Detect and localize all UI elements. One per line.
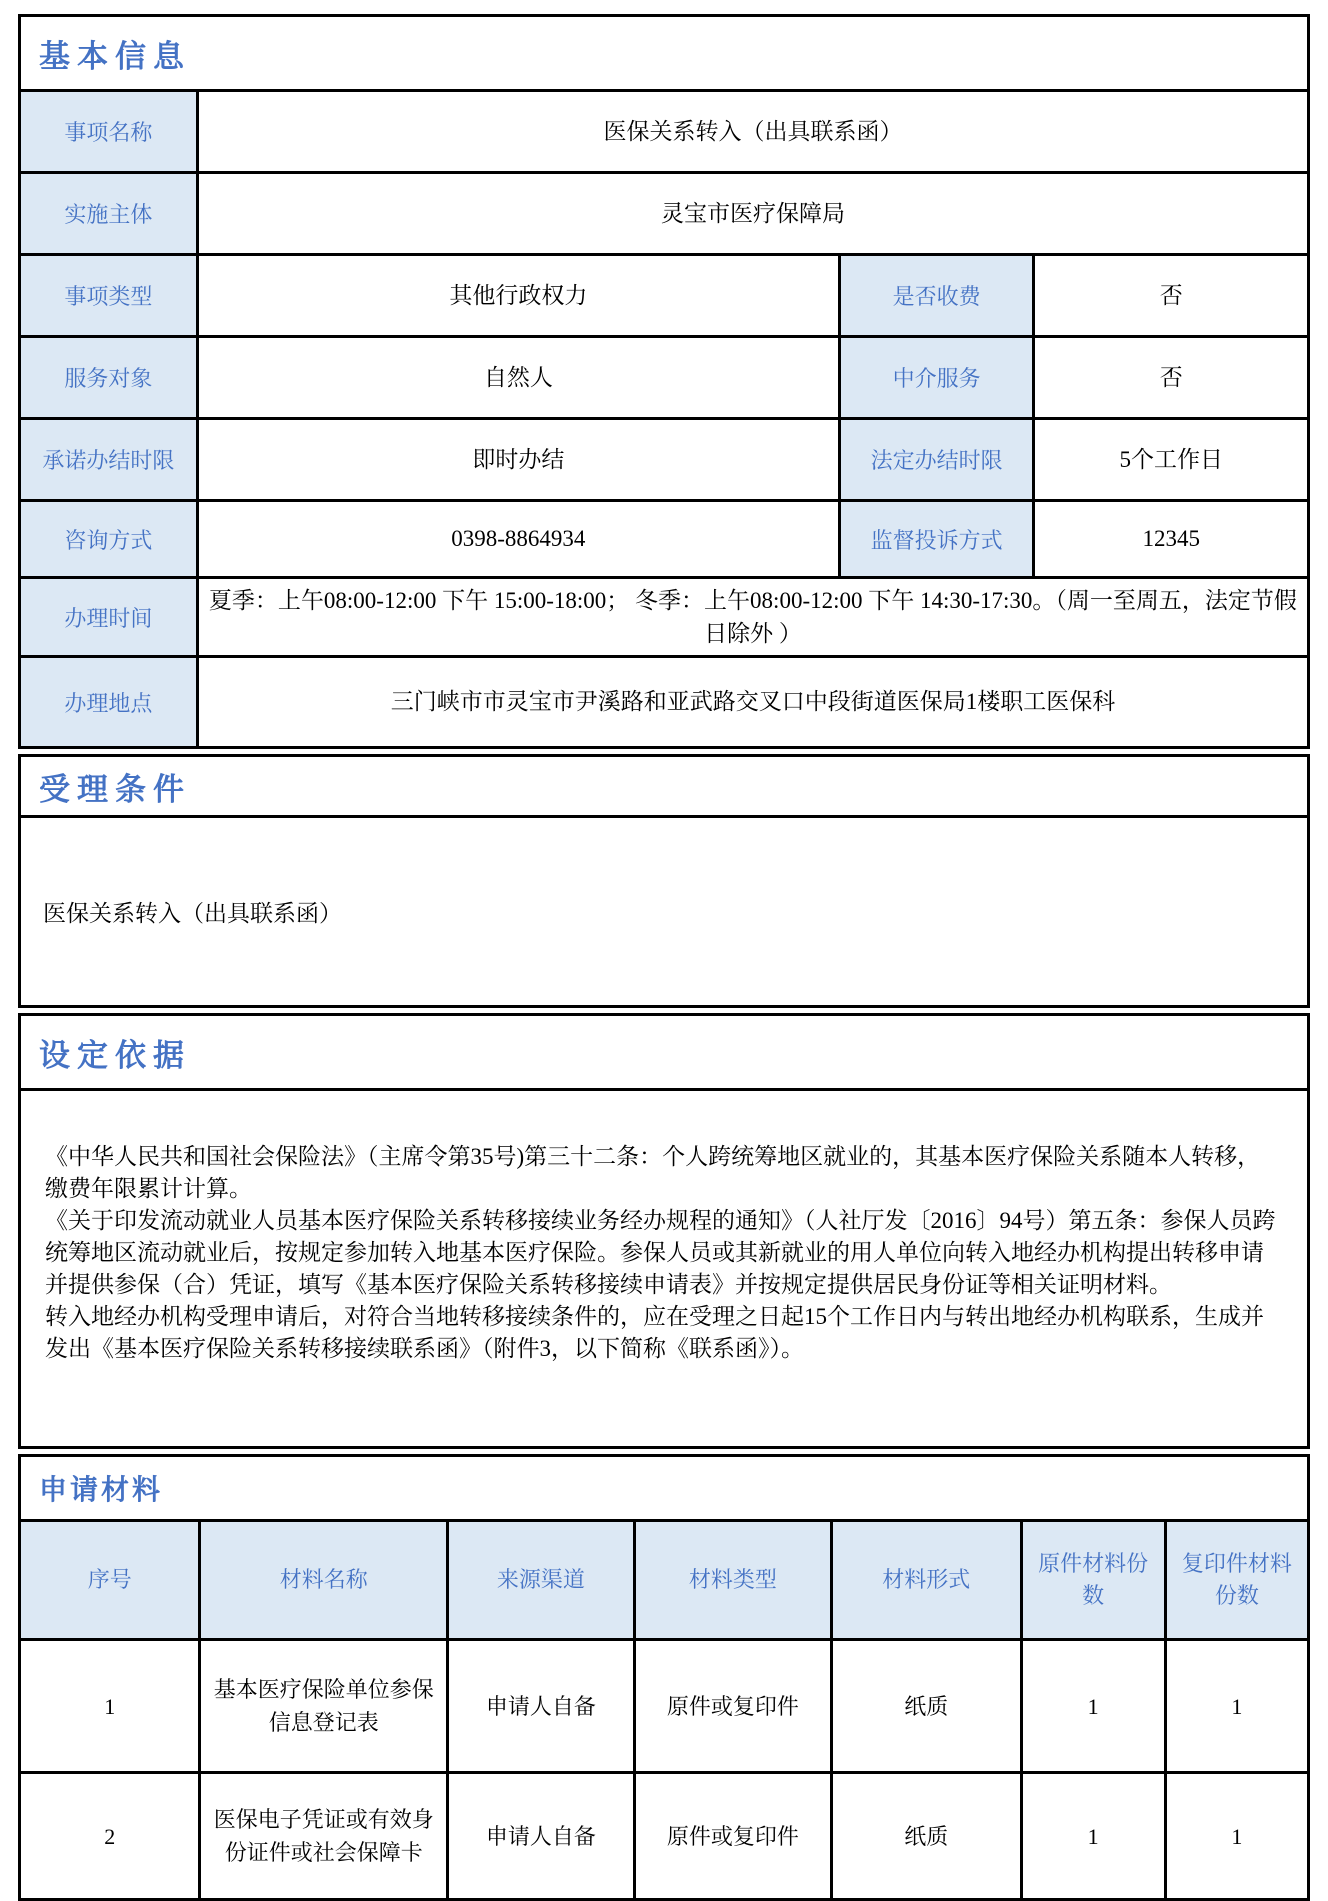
field-value-office-hours: 夏季：上午08:00-12:00 下午 15:00-18:00； 冬季：上午08…	[197, 578, 1308, 657]
legal-basis-section: 设定依据 《中华人民共和国社会保险法》（主席令第35号)第三十二条：个人跨统筹地…	[18, 1013, 1310, 1449]
cell-material-name: 基本医疗保险单位参保信息登记表	[200, 1640, 447, 1773]
cell-source-channel: 申请人自备	[447, 1773, 634, 1900]
field-value-item-type: 其他行政权力	[197, 255, 839, 337]
field-label-implementing-body: 实施主体	[20, 173, 198, 255]
legal-basis-paragraph: 《关于印发流动就业人员基本医疗保险关系转移接续业务经办规程的通知》（人社厅发〔2…	[45, 1205, 1283, 1301]
section-title-application-materials: 申请材料	[20, 1456, 1309, 1521]
table-row: 办理地点 三门峡市市灵宝市尹溪路和亚武路交叉口中段街道医保局1楼职工医保科	[20, 657, 1309, 748]
column-header-material-name: 材料名称	[200, 1521, 447, 1640]
section-title-legal-basis: 设定依据	[20, 1015, 1309, 1090]
field-value-consultation-phone: 0398-8864934	[197, 501, 839, 578]
field-value-legal-time-limit: 5个工作日	[1034, 419, 1309, 501]
column-header-source-channel: 来源渠道	[447, 1521, 634, 1640]
cell-material-form: 纸质	[832, 1640, 1021, 1773]
table-row: 承诺办结时限 即时办结 法定办结时限 5个工作日	[20, 419, 1309, 501]
cell-material-name: 医保电子凭证或有效身份证件或社会保障卡	[200, 1773, 447, 1900]
field-label-promised-time-limit: 承诺办结时限	[20, 419, 198, 501]
field-label-service-target: 服务对象	[20, 337, 198, 419]
cell-index: 1	[20, 1640, 200, 1773]
field-label-intermediary-service: 中介服务	[839, 337, 1034, 419]
application-materials-section: 申请材料 序号 材料名称 来源渠道 材料类型 材料形式 原件材料份数 复印件材料…	[18, 1454, 1310, 1901]
cell-photocopy-copies: 1	[1165, 1640, 1308, 1773]
cell-photocopy-copies: 1	[1165, 1773, 1308, 1900]
section-title-basic-info: 基本信息	[20, 16, 1309, 91]
field-value-fee-charged: 否	[1034, 255, 1309, 337]
cell-original-copies: 1	[1021, 1640, 1165, 1773]
acceptance-conditions-content: 医保关系转入（出具联系函）	[20, 817, 1309, 1007]
field-value-intermediary-service: 否	[1034, 337, 1309, 419]
section-title-row: 设定依据	[20, 1015, 1309, 1090]
field-label-item-type: 事项类型	[20, 255, 198, 337]
table-row: 事项名称 医保关系转入（出具联系函）	[20, 91, 1309, 173]
materials-table-row: 2 医保电子凭证或有效身份证件或社会保障卡 申请人自备 原件或复印件 纸质 1 …	[20, 1773, 1309, 1900]
table-row: 办理时间 夏季：上午08:00-12:00 下午 15:00-18:00； 冬季…	[20, 578, 1309, 657]
section-title-row: 基本信息	[20, 16, 1309, 91]
section-title-row: 受理条件	[20, 756, 1309, 817]
legal-basis-paragraph: 转入地经办机构受理申请后，对符合当地转移接续条件的，应在受理之日起15个工作日内…	[45, 1301, 1283, 1365]
materials-header-row: 序号 材料名称 来源渠道 材料类型 材料形式 原件材料份数 复印件材料份数	[20, 1521, 1309, 1640]
column-header-original-copies: 原件材料份数	[1021, 1521, 1165, 1640]
section-title-acceptance-conditions: 受理条件	[20, 756, 1309, 817]
acceptance-conditions-section: 受理条件 医保关系转入（出具联系函）	[18, 754, 1310, 1008]
cell-material-form: 纸质	[832, 1773, 1021, 1900]
field-label-office-hours: 办理时间	[20, 578, 198, 657]
field-label-consultation-phone: 咨询方式	[20, 501, 198, 578]
column-header-index: 序号	[20, 1521, 200, 1640]
table-row: 事项类型 其他行政权力 是否收费 否	[20, 255, 1309, 337]
field-label-complaint-phone: 监督投诉方式	[839, 501, 1034, 578]
table-row: 实施主体 灵宝市医疗保障局	[20, 173, 1309, 255]
field-value-service-target: 自然人	[197, 337, 839, 419]
column-header-material-type: 材料类型	[634, 1521, 831, 1640]
cell-material-type: 原件或复印件	[634, 1773, 831, 1900]
table-row: 咨询方式 0398-8864934 监督投诉方式 12345	[20, 501, 1309, 578]
field-label-office-location: 办理地点	[20, 657, 198, 748]
cell-index: 2	[20, 1773, 200, 1900]
column-header-photocopy-copies: 复印件材料份数	[1165, 1521, 1308, 1640]
legal-basis-paragraph: 《中华人民共和国社会保险法》（主席令第35号)第三十二条：个人跨统筹地区就业的，…	[45, 1141, 1283, 1205]
table-row: 服务对象 自然人 中介服务 否	[20, 337, 1309, 419]
field-value-item-name: 医保关系转入（出具联系函）	[197, 91, 1308, 173]
legal-basis-content: 《中华人民共和国社会保险法》（主席令第35号)第三十二条：个人跨统筹地区就业的，…	[20, 1090, 1309, 1448]
materials-table-row: 1 基本医疗保险单位参保信息登记表 申请人自备 原件或复印件 纸质 1 1	[20, 1640, 1309, 1773]
field-value-office-location: 三门峡市市灵宝市尹溪路和亚武路交叉口中段街道医保局1楼职工医保科	[197, 657, 1308, 748]
cell-original-copies: 1	[1021, 1773, 1165, 1900]
field-label-legal-time-limit: 法定办结时限	[839, 419, 1034, 501]
section-title-row: 申请材料	[20, 1456, 1309, 1521]
cell-material-type: 原件或复印件	[634, 1640, 831, 1773]
field-label-item-name: 事项名称	[20, 91, 198, 173]
field-value-complaint-phone: 12345	[1034, 501, 1309, 578]
field-value-promised-time-limit: 即时办结	[197, 419, 839, 501]
column-header-material-form: 材料形式	[832, 1521, 1021, 1640]
table-row: 医保关系转入（出具联系函）	[20, 817, 1309, 1007]
field-value-implementing-body: 灵宝市医疗保障局	[197, 173, 1308, 255]
cell-source-channel: 申请人自备	[447, 1640, 634, 1773]
table-row: 《中华人民共和国社会保险法》（主席令第35号)第三十二条：个人跨统筹地区就业的，…	[20, 1090, 1309, 1448]
basic-info-section: 基本信息 事项名称 医保关系转入（出具联系函） 实施主体 灵宝市医疗保障局 事项…	[18, 14, 1310, 749]
field-label-fee-charged: 是否收费	[839, 255, 1034, 337]
